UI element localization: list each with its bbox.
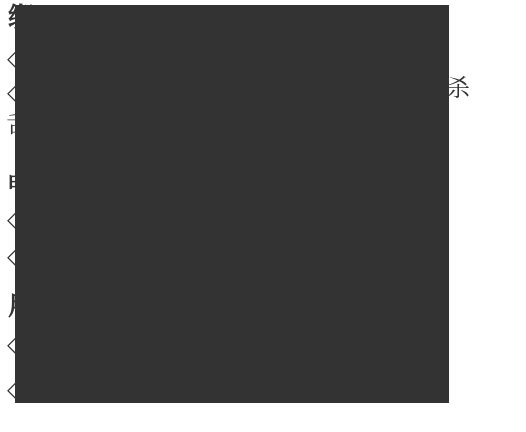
dark-overlay-rect — [15, 5, 449, 403]
page: 绑 ◇ ◇ 舌 电 ◇ ◇ 用 ◇ ◇ 杀 — [0, 0, 526, 432]
right-edge-char-fragment: 杀 — [446, 76, 470, 100]
